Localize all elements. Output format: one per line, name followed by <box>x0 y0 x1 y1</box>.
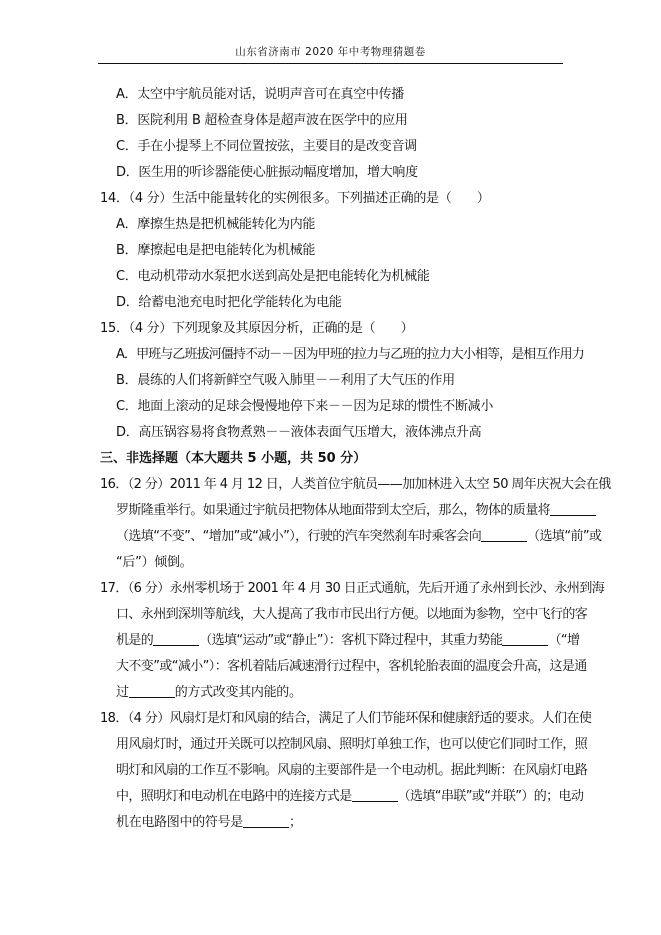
q16-line-2-text: 罗斯隆重举行。如果通过宇航员把物体从地面带到太空后，那么，物体的质量将 <box>116 503 550 518</box>
q16-line-1: 16．（2 分）2011 年 4 月 12 日，人类首位宇航员——加加林进入太空… <box>100 472 570 498</box>
q18-line-4: 中，照明灯和电动机在电路中的连接方式是（选填“串联”或“并联”）的；电动 <box>100 784 570 810</box>
q13-option-d: D．医生用的听诊器能使心脏振动幅度增加，增大响度 <box>100 160 570 186</box>
q14-stem: 14．（4 分）生活中能量转化的实例很多。下列描述正确的是（ ） <box>100 186 570 212</box>
answer-blank[interactable] <box>352 787 398 802</box>
q17-line-4: 大不变”或“减小”）：客机着陆后减速滑行过程中，客机轮胎表面的温度会升高，这是通 <box>100 654 570 680</box>
q13-option-a: A．太空中宇航员能对话，说明声音可在真空中传播 <box>100 82 570 108</box>
q15-option-c: C．地面上滚动的足球会慢慢地停下来－－因为足球的惯性不断减小 <box>100 394 570 420</box>
q17-line-3-text-b: （选填“运动”或“静止”）：客机下降过程中，其重力势能 <box>199 633 502 648</box>
q18-line-4-text-a: 中，照明灯和电动机在电路中的连接方式是 <box>116 789 352 804</box>
answer-blank[interactable] <box>153 631 199 646</box>
question-17: 17．（6 分）永州零机场于 2001 年 4 月 30 日正式通航，先后开通了… <box>100 576 570 706</box>
q17-line-3: 机是的（选填“运动”或“静止”）：客机下降过程中，其重力势能（“增 <box>100 628 570 654</box>
q14-option-d: D．给蓄电池充电时把化学能转化为电能 <box>100 290 570 316</box>
q16-line-4: “后”）倾倒。 <box>100 550 570 576</box>
q13-option-c: C．手在小提琴上不同位置按弦，主要目的是改变音调 <box>100 134 570 160</box>
q18-line-2: 用风扇灯时，通过开关既可以控制风扇、照明灯单独工作，也可以使它们同时工作，照 <box>100 732 570 758</box>
q13-option-b: B．医院利用 B 超检查身体是超声波在医学中的应用 <box>100 108 570 134</box>
q17-line-1: 17．（6 分）永州零机场于 2001 年 4 月 30 日正式通航，先后开通了… <box>100 576 570 602</box>
q18-line-5-text-a: 机在电路图中的符号是 <box>116 815 243 830</box>
q17-line-5-text-a: 过 <box>116 685 129 700</box>
answer-blank[interactable] <box>550 501 596 516</box>
q18-line-5: 机在电路图中的符号是； <box>100 810 570 836</box>
q17-line-5: 过的方式改变其内能的。 <box>100 680 570 706</box>
q16-line-3-text-a: （选填“不变”、“增加”或“减小”），行驶的汽车突然刹车时乘客会向 <box>116 529 481 544</box>
q14-option-b: B．摩擦起电是把电能转化为机械能 <box>100 238 570 264</box>
answer-blank[interactable] <box>243 813 289 828</box>
q15-option-d: D．高压锅容易将食物煮熟－－液体表面气压增大，液体沸点升高 <box>100 420 570 446</box>
exam-content: A．太空中宇航员能对话，说明声音可在真空中传播 B．医院利用 B 超检查身体是超… <box>100 82 570 836</box>
q16-line-3-text-b: （选填“前”或 <box>527 529 601 544</box>
q17-line-3-text-c: （“增 <box>548 633 579 648</box>
question-15: 15．（4 分）下列现象及其原因分析，正确的是（ ） A．甲班与乙班拔河僵持不动… <box>100 316 570 446</box>
q17-line-5-text-b: 的方式改变其内能的。 <box>175 685 302 700</box>
answer-blank[interactable] <box>481 527 527 542</box>
q15-stem: 15．（4 分）下列现象及其原因分析，正确的是（ ） <box>100 316 570 342</box>
question-18: 18．（4 分）风扇灯是灯和风扇的结合，满足了人们节能环保和健康舒适的要求。人们… <box>100 706 570 836</box>
q16-line-2: 罗斯隆重举行。如果通过宇航员把物体从地面带到太空后，那么，物体的质量将 <box>100 498 570 524</box>
q18-line-5-text-b: ； <box>289 815 302 830</box>
question-16: 16．（2 分）2011 年 4 月 12 日，人类首位宇航员——加加林进入太空… <box>100 472 570 576</box>
q16-line-3: （选填“不变”、“增加”或“减小”），行驶的汽车突然刹车时乘客会向（选填“前”或 <box>100 524 570 550</box>
q18-line-1: 18．（4 分）风扇灯是灯和风扇的结合，满足了人们节能环保和健康舒适的要求。人们… <box>100 706 570 732</box>
q17-line-2: 口、永州到深圳等航线，大人提高了我市市民出行方便。以地面为参物，空中飞行的客 <box>100 602 570 628</box>
q15-option-b: B．晨练的人们将新鲜空气吸入肺里－－利用了大气压的作用 <box>100 368 570 394</box>
answer-blank[interactable] <box>502 631 548 646</box>
page-header: 山东省济南市 2020 年中考物理猜题卷 <box>98 44 563 64</box>
answer-blank[interactable] <box>129 683 175 698</box>
q14-option-c: C．电动机带动水泵把水送到高处是把电能转化为机械能 <box>100 264 570 290</box>
q14-option-a: A．摩擦生热是把机械能转化为内能 <box>100 212 570 238</box>
question-13-options: A．太空中宇航员能对话，说明声音可在真空中传播 B．医院利用 B 超检查身体是超… <box>100 82 570 186</box>
q17-line-3-text-a: 机是的 <box>116 633 153 648</box>
q18-line-3: 明灯和风扇的工作互不影响。风扇的主要部件是一个电动机。据此判断：在风扇灯电路 <box>100 758 570 784</box>
q15-option-a: A．甲班与乙班拔河僵持不动－－因为甲班的拉力与乙班的拉力大小相等，是相互作用力 <box>100 342 570 368</box>
section-3-title: 三、非选择题（本大题共 5 小题，共 50 分） <box>100 446 570 472</box>
q18-line-4-text-b: （选填“串联”或“并联”）的；电动 <box>398 789 584 804</box>
question-14: 14．（4 分）生活中能量转化的实例很多。下列描述正确的是（ ） A．摩擦生热是… <box>100 186 570 316</box>
header-title: 山东省济南市 2020 年中考物理猜题卷 <box>235 46 425 58</box>
